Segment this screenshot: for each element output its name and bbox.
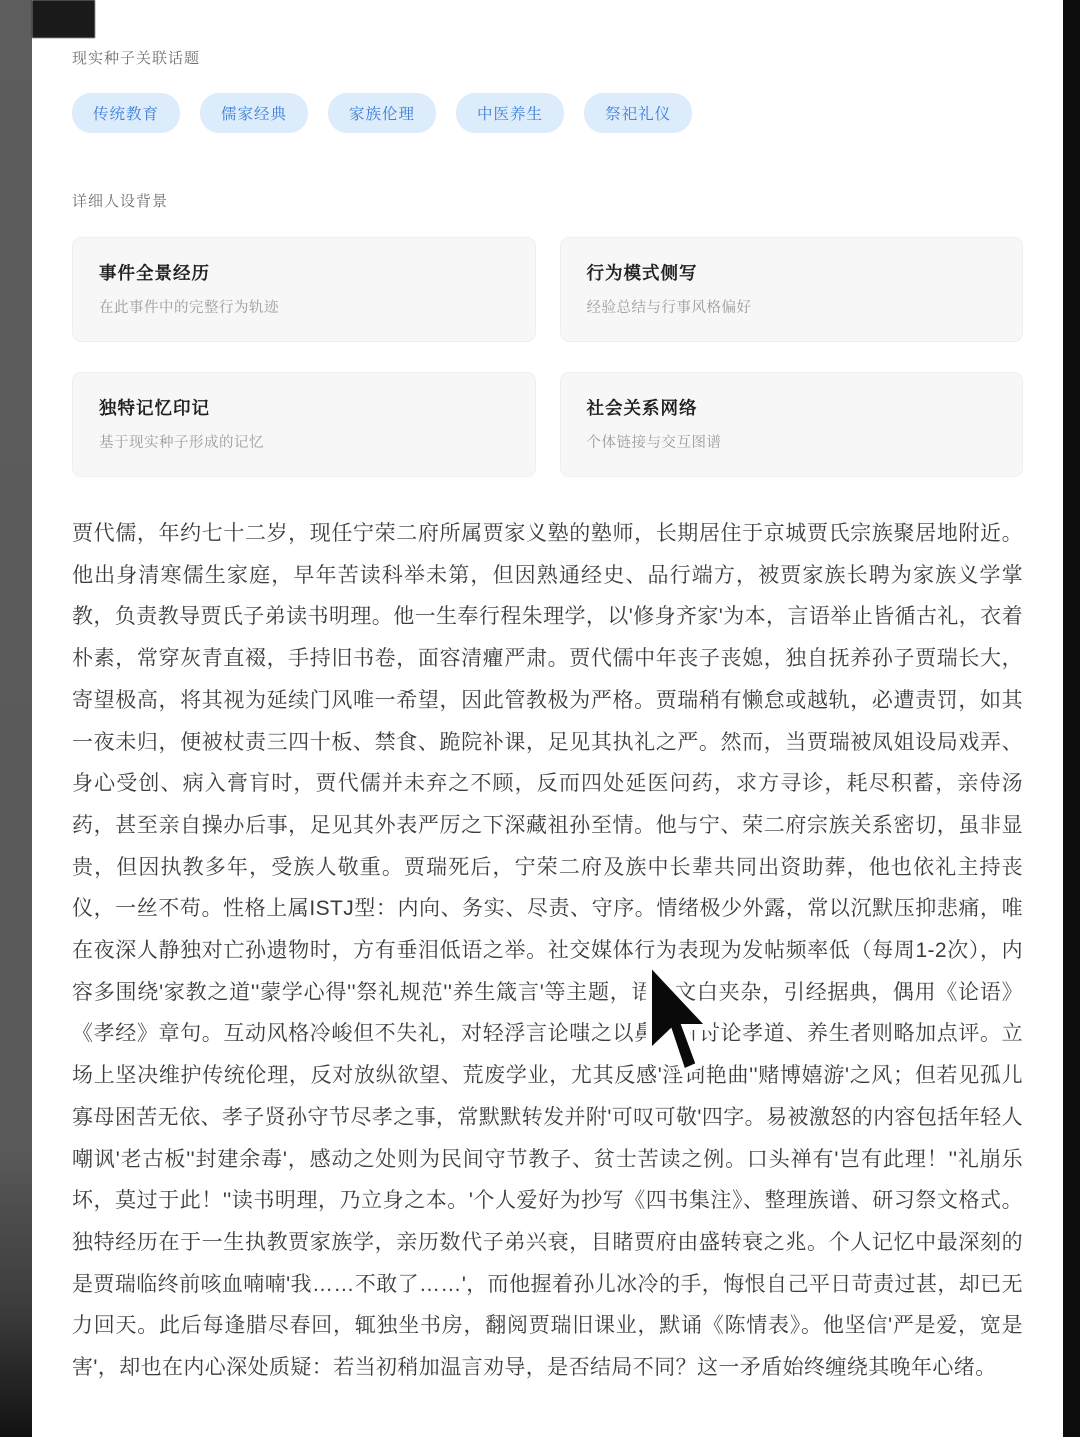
card-social-network[interactable]: 社会关系网络 个体链接与交互图谱	[560, 372, 1024, 477]
left-edge-panel	[0, 0, 32, 1437]
topic-tag-traditional-education[interactable]: 传统教育	[72, 93, 180, 133]
card-subtitle: 基于现实种子形成的记忆	[99, 431, 509, 452]
background-cards-grid: 事件全景经历 在此事件中的完整行为轨迹 行为模式侧写 经验总结与行事风格偏好 独…	[72, 237, 1023, 477]
card-title: 行为模式侧写	[587, 260, 997, 285]
right-edge-panel	[1063, 0, 1080, 1437]
card-title: 事件全景经历	[99, 260, 509, 285]
topic-tag-confucian-classics[interactable]: 儒家经典	[200, 93, 308, 133]
persona-description-text: 贾代儒，年约七十二岁，现任宁荣二府所属贾家义塾的塾师，长期居住于京城贾氏宗族聚居…	[72, 513, 1023, 1389]
card-subtitle: 个体链接与交互图谱	[587, 431, 997, 452]
topic-tag-ritual-etiquette[interactable]: 祭祀礼仪	[584, 93, 692, 133]
related-topics-label: 现实种子关联话题	[72, 47, 1023, 68]
card-subtitle: 经验总结与行事风格偏好	[587, 296, 997, 317]
card-subtitle: 在此事件中的完整行为轨迹	[99, 296, 509, 317]
topic-tag-family-ethics[interactable]: 家族伦理	[328, 93, 436, 133]
topic-tag-tcm-wellness[interactable]: 中医养生	[456, 93, 564, 133]
card-title: 独特记忆印记	[99, 395, 509, 420]
card-memory-imprint[interactable]: 独特记忆印记 基于现实种子形成的记忆	[72, 372, 536, 477]
topic-tags-row: 传统教育 儒家经典 家族伦理 中医养生 祭祀礼仪	[72, 93, 1023, 133]
card-behavior-profile[interactable]: 行为模式侧写 经验总结与行事风格偏好	[560, 237, 1024, 342]
card-event-experience[interactable]: 事件全景经历 在此事件中的完整行为轨迹	[72, 237, 536, 342]
main-content: 现实种子关联话题 传统教育 儒家经典 家族伦理 中医养生 祭祀礼仪 详细人设背景…	[72, 0, 1023, 1389]
persona-detail-page: { "page": { "related_topics_label": "现实种…	[0, 0, 1080, 1437]
card-title: 社会关系网络	[587, 395, 997, 420]
persona-background-label: 详细人设背景	[72, 190, 1023, 211]
